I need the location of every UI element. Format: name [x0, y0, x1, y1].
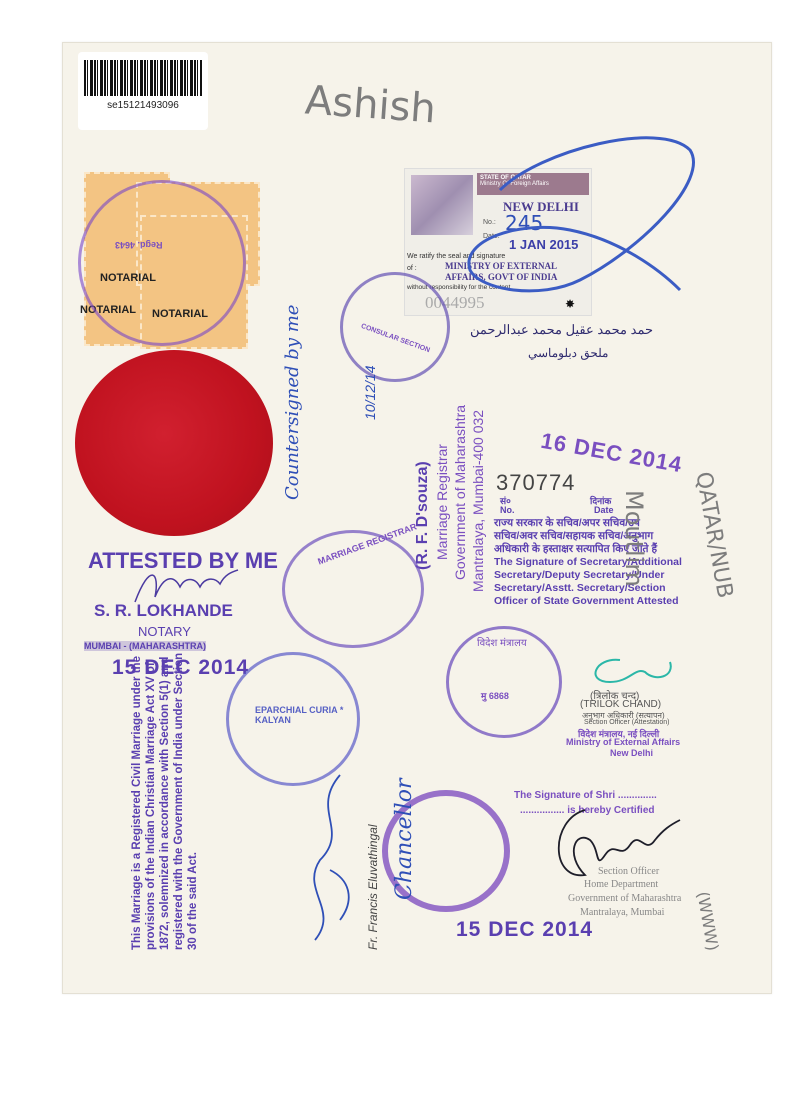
chancellor-signature [300, 770, 370, 950]
registrar-address: Mantralaya, Mumbai-400 032 [470, 410, 486, 592]
mea-english-text: The Signature of Secretary/Additional Se… [494, 556, 682, 608]
english-line: Secretary/Deputy Secretary/Under [494, 569, 682, 582]
mea-no-en: No. [500, 505, 515, 515]
barcode-icon [84, 60, 202, 96]
arabic-signatory-title: ملحق دبلوماسي [528, 346, 608, 360]
marriage-registration-note: This Marriage is a Registered Civil Marr… [130, 653, 200, 950]
trilok-name-en: (TRILOK CHAND) [580, 699, 661, 710]
qatar-embassy-seal: CONSULAR SECTION [340, 272, 450, 382]
eparchial-curia-seal: EPARCHIAL CURIA * KALYAN [226, 652, 360, 786]
chancellor-title: Chancellor [392, 779, 417, 900]
mea-seal-top: विदेश मंत्रालय [477, 635, 527, 649]
initials-date: 10/12/14 [362, 366, 378, 421]
mea-seal-number: मु 6868 [481, 689, 509, 702]
note-line: This Marriage is a Registered Civil Marr… [130, 653, 144, 950]
arabic-signatory-name: حمد محمد عقيل محمد عبدالرحمن [470, 322, 653, 338]
barcode-label: se15121493096 [78, 52, 208, 130]
registrar-title: Marriage Registrar [434, 444, 450, 560]
home-dept-govt: Government of Maharashtra [568, 893, 681, 904]
sticker-of-label: of : [407, 265, 417, 272]
note-line: provisions of the Indian Christian Marri… [144, 653, 158, 950]
notary-seal [78, 180, 246, 346]
home-dept-officer: Section Officer [598, 866, 659, 877]
red-wax-seal [75, 350, 273, 536]
mea-date-en: Date [594, 505, 614, 515]
handwritten-name: Ashish [304, 77, 438, 132]
note-line: registered with the Government of India … [172, 653, 186, 950]
registrar-govt: Government of Maharashtra [452, 405, 468, 580]
note-line: 1872, solemnized in accordance with Sect… [158, 653, 172, 950]
home-dept-date: 15 DEC 2014 [456, 918, 593, 942]
home-dept-dept: Home Department [584, 879, 658, 890]
trilok-ministry-en: Ministry of External Affairs [566, 737, 680, 747]
english-line: The Signature of Secretary/Additional [494, 556, 682, 569]
english-line: Officer of State Government Attested [494, 595, 682, 608]
notary-title: NOTARY [138, 624, 191, 639]
blue-ink-scribble [460, 130, 700, 330]
mea-serial: 370774 [496, 470, 575, 496]
notary-name: S. R. LOKHANDE [94, 601, 233, 621]
barcode-number: se15121493096 [78, 100, 208, 111]
maharashtra-registrar-seal: MARRIAGE REGISTRAR [282, 530, 424, 648]
notary-seal-reg: Regd. 4643 [115, 240, 163, 250]
chancellor-name: Fr. Francis Eluvathingal [366, 824, 380, 950]
trilok-title-en: Section Officer (Attestation) [584, 719, 669, 726]
mea-seal: विदेश मंत्रालय मु 6868 [446, 626, 562, 738]
trilok-signature [580, 652, 680, 692]
english-line: Secretary/Asstt. Secretary/Section [494, 582, 682, 595]
home-dept-place: Mantralaya, Mumbai [580, 907, 664, 918]
embassy-seal-inner: CONSULAR SECTION [360, 323, 431, 354]
trilok-city: New Delhi [610, 748, 653, 758]
pencil-note-moutlim: Moutlim [620, 490, 648, 587]
eparchial-seal-text: EPARCHIAL CURIA * KALYAN [255, 705, 357, 725]
note-line: 30 of the said Act. [186, 653, 200, 950]
registrar-name: (R. F. D'souza) [414, 461, 432, 570]
notary-place: MUMBAI - (MAHARASHTRA) [84, 641, 206, 651]
countersigned-note: Countersigned by me [282, 305, 303, 500]
